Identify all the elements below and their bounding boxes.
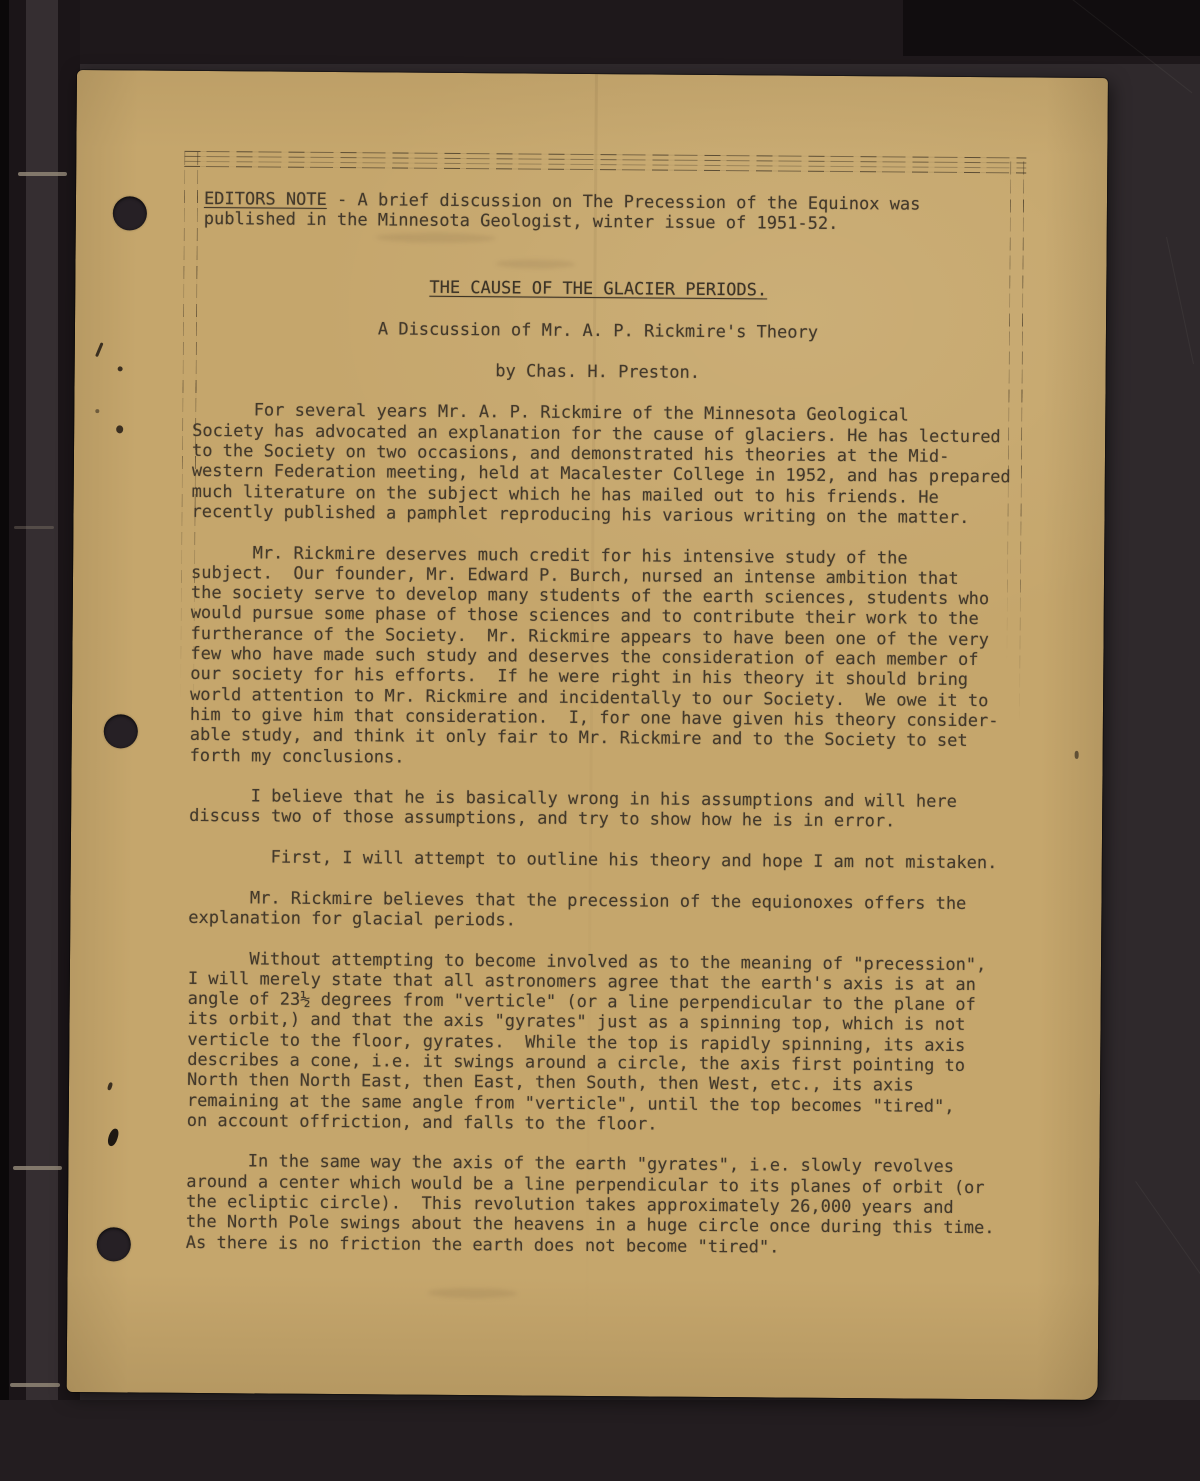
paragraph: Without attempting to become involved as… bbox=[187, 948, 998, 1137]
document-body: For several years Mr. A. P. Rickmire of … bbox=[186, 400, 1003, 1259]
document-page: EDITORS NOTE - A brief discussion on The… bbox=[67, 70, 1108, 1400]
binder-top-right-shadow bbox=[903, 0, 1200, 56]
ink-blot bbox=[107, 1127, 120, 1147]
typed-text-column: EDITORS NOTE - A brief discussion on The… bbox=[186, 189, 1004, 1259]
frame-border-right bbox=[1019, 161, 1024, 721]
punch-hole bbox=[104, 714, 138, 748]
paragraph: I believe that he is basically wrong in … bbox=[189, 786, 999, 833]
document-byline: by Chas. H. Preston. bbox=[193, 359, 1003, 386]
ink-speck bbox=[95, 409, 99, 413]
ink-speck bbox=[1075, 751, 1079, 759]
binding-stitch bbox=[18, 172, 67, 176]
smudge bbox=[427, 1288, 517, 1299]
paragraph: For several years Mr. A. P. Rickmire of … bbox=[191, 400, 1002, 528]
editors-note: EDITORS NOTE - A brief discussion on The… bbox=[194, 189, 1004, 236]
binder-bottom-shadow bbox=[0, 1400, 1200, 1481]
frame-border-left bbox=[180, 152, 185, 702]
paragraph: Mr. Rickmire deserves much credit for hi… bbox=[190, 542, 1002, 772]
text-line: discuss two of those assumptions, and tr… bbox=[189, 806, 999, 833]
text-line: First, I will attempt to outline his the… bbox=[189, 847, 999, 874]
ink-speck bbox=[116, 425, 123, 433]
pencil-mark bbox=[95, 342, 104, 357]
editors-note-label: EDITORS NOTE bbox=[204, 189, 327, 210]
binder-left-edge bbox=[0, 0, 9, 1481]
scanned-page-photo: EDITORS NOTE - A brief discussion on The… bbox=[0, 0, 1200, 1481]
binding-stitch bbox=[10, 1383, 60, 1387]
paragraph: In the same way the axis of the earth "g… bbox=[186, 1151, 997, 1259]
paragraph: First, I will attempt to outline his the… bbox=[189, 847, 999, 874]
punch-hole bbox=[97, 1227, 131, 1261]
frame-border-right bbox=[1006, 161, 1011, 661]
document-subtitle: A Discussion of Mr. A. P. Rickmire's The… bbox=[193, 318, 1003, 345]
document-title: THE CAUSE OF THE GLACIER PERIODS. bbox=[193, 276, 1003, 303]
ink-speck bbox=[118, 366, 123, 371]
binder-spine-highlight bbox=[26, 0, 58, 1481]
paragraph: Mr. Rickmire believes that the precessio… bbox=[188, 888, 998, 935]
ink-speck bbox=[107, 1082, 113, 1091]
punch-hole bbox=[113, 196, 147, 230]
binding-stitch bbox=[14, 526, 54, 529]
binding-stitch bbox=[13, 1166, 62, 1170]
